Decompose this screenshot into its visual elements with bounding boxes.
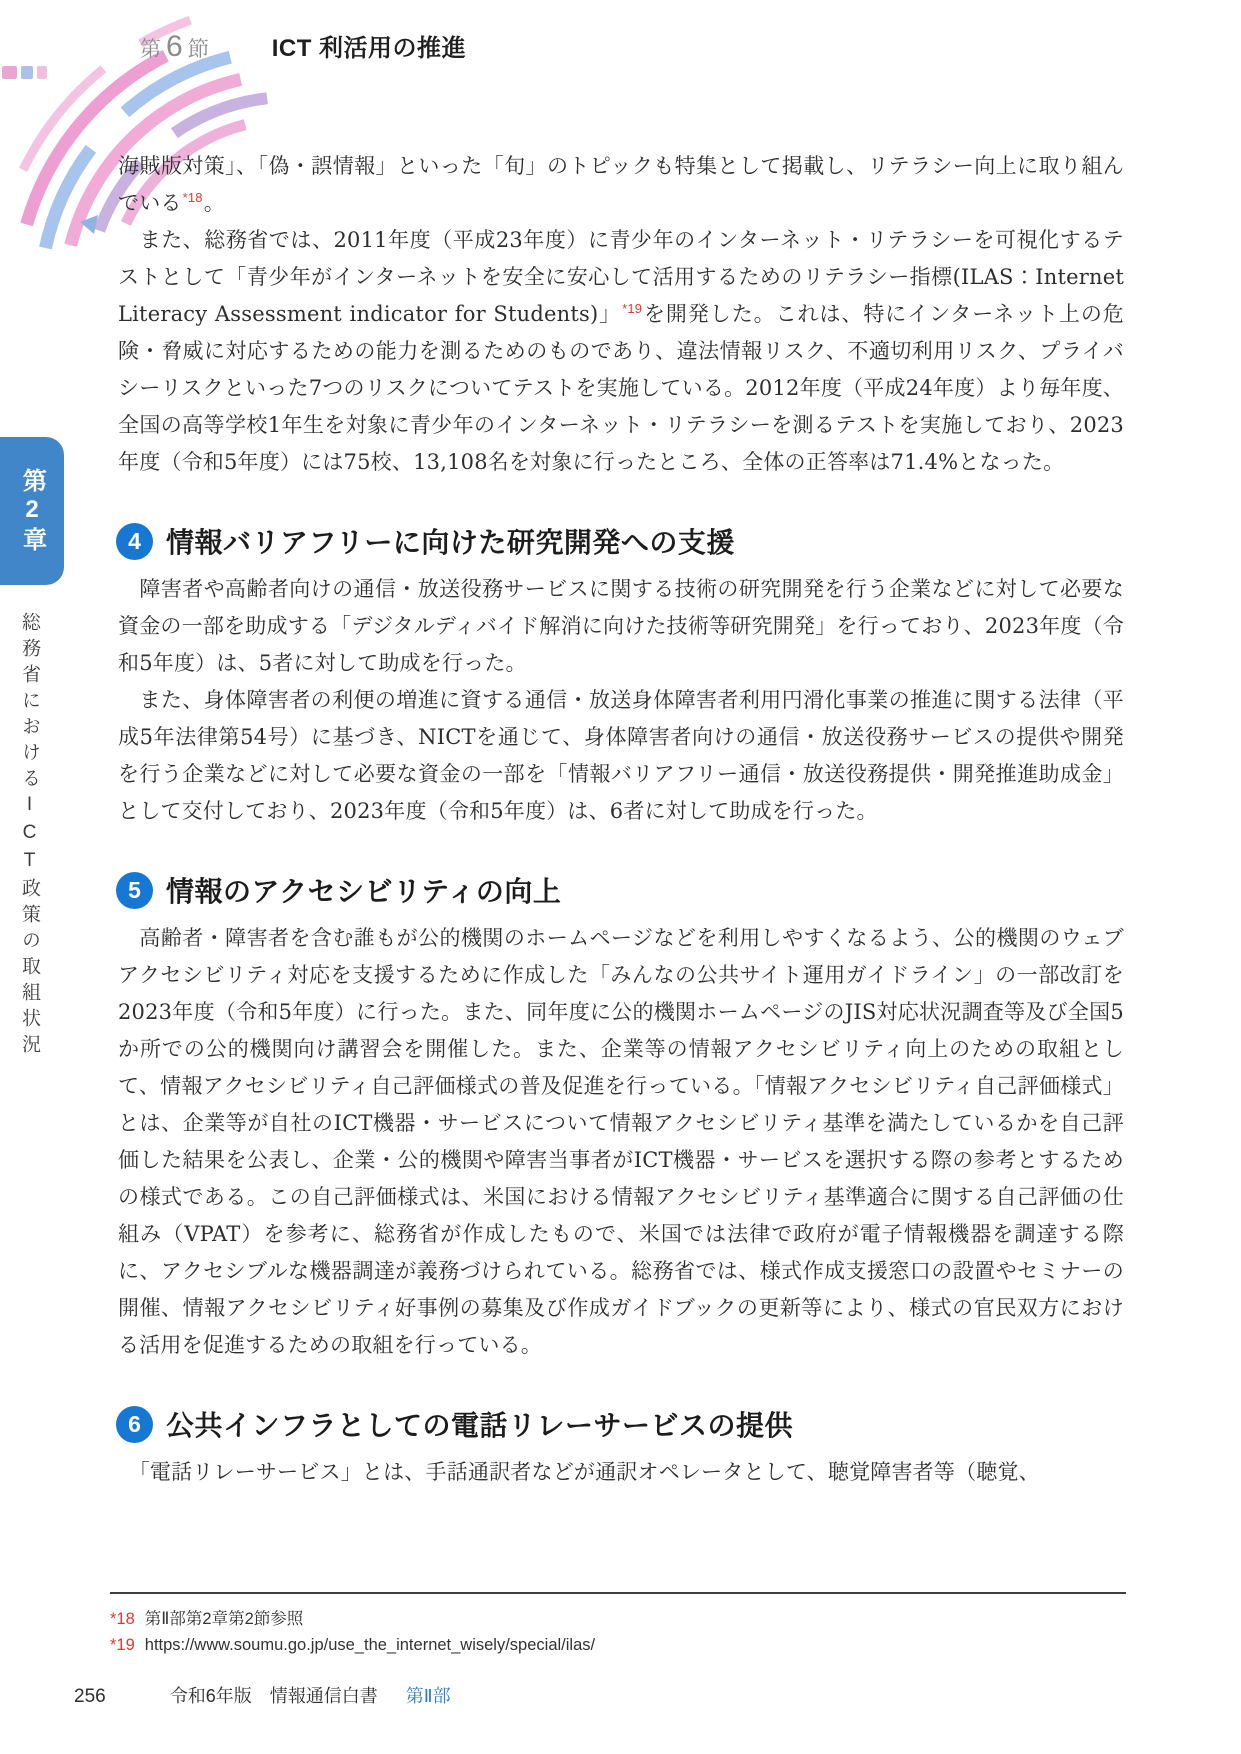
part-label: 第Ⅱ部 <box>406 1682 451 1708</box>
section-number-badge: 6 <box>116 1406 153 1443</box>
section-title: ICT 利活用の推進 <box>272 28 466 63</box>
chapter-title-vertical: 総務省におけるICT政策の取組状況 <box>16 612 43 1060</box>
footnote: *18 第Ⅱ部第2章第2節参照 <box>110 1606 1126 1632</box>
footnote-marker: *18 <box>110 1606 135 1632</box>
page-number: 256 <box>74 1686 106 1708</box>
page-header: 第6節 ICT 利活用の推進 <box>140 28 466 64</box>
section-heading: 5 情報のアクセシビリティの向上 <box>116 870 1124 910</box>
content-column: 海賊版対策」、「偽・誤情報」といった「旬」のトピックも特集として掲載し、リテラシ… <box>118 148 1124 1491</box>
chapter-tab-label: 第2章 <box>15 468 50 555</box>
section-5: 5 情報のアクセシビリティの向上 高齢者・障害者を含む誰もが公的機関のホームペー… <box>118 870 1124 1364</box>
section-number-badge: 4 <box>116 523 153 560</box>
section-heading-title: 公共インフラとしての電話リレーサービスの提供 <box>166 1404 793 1444</box>
footnote-ref-18: *18 <box>183 190 203 205</box>
footnote-text: 第Ⅱ部第2章第2節参照 <box>145 1606 303 1632</box>
paragraph: 「電話リレーサービス」とは、手話通訳者などが通訳オペレータとして、聴覚障害者等（… <box>118 1454 1124 1491</box>
section-4: 4 情報バリアフリーに向けた研究開発への支援 障害者や高齢者向けの通信・放送役務… <box>118 521 1124 830</box>
paragraph-text: 海賊版対策」、「偽・誤情報」といった「旬」のトピックも特集として掲載し、リテラシ… <box>118 154 1124 215</box>
section-heading-title: 情報バリアフリーに向けた研究開発への支援 <box>166 521 735 561</box>
paragraph: 海賊版対策」、「偽・誤情報」といった「旬」のトピックも特集として掲載し、リテラシ… <box>118 148 1124 222</box>
paragraph: 障害者や高齢者向けの通信・放送役務サービスに関する技術の研究開発を行う企業などに… <box>118 571 1124 682</box>
footnote-url: https://www.soumu.go.jp/use_the_internet… <box>145 1632 595 1658</box>
section-number-label: 第6節 <box>140 30 210 64</box>
section-number-badge: 5 <box>116 872 153 909</box>
footnotes: *18 第Ⅱ部第2章第2節参照 *19 https://www.soumu.go… <box>110 1592 1126 1658</box>
paragraph: 高齢者・障害者を含む誰もが公的機関のホームページなどを利用しやすくなるよう、公的… <box>118 920 1124 1364</box>
paragraph: また、総務省では、2011年度（平成23年度）に青少年のインターネット・リテラシ… <box>118 222 1124 481</box>
footnote-marker: *19 <box>110 1632 135 1658</box>
paragraph-text: 。 <box>204 191 225 215</box>
section-heading: 6 公共インフラとしての電話リレーサービスの提供 <box>116 1404 1124 1444</box>
section-6: 6 公共インフラとしての電話リレーサービスの提供 「電話リレーサービス」とは、手… <box>118 1404 1124 1491</box>
paragraph-text: を開発した。これは、特にインターネット上の危険・脅威に対応するための能力を測るた… <box>118 302 1124 474</box>
section-heading: 4 情報バリアフリーに向けた研究開発への支援 <box>116 521 1124 561</box>
chapter-tab: 第2章 <box>0 437 64 585</box>
footnote: *19 https://www.soumu.go.jp/use_the_inte… <box>110 1632 1126 1658</box>
document-page: 第6節 ICT 利活用の推進 第2章 総務省におけるICT政策の取組状況 海賊版… <box>0 0 1241 1754</box>
footnote-ref-19: *19 <box>622 301 642 316</box>
page-footer: 256 令和6年版 情報通信白書 第Ⅱ部 <box>74 1682 451 1708</box>
section-heading-title: 情報のアクセシビリティの向上 <box>166 870 561 910</box>
section-number: 6 <box>166 30 184 63</box>
book-title: 令和6年版 情報通信白書 <box>170 1682 378 1708</box>
paragraph: また、身体障害者の利便の増進に資する通信・放送身体障害者利用円滑化事業の推進に関… <box>118 682 1124 830</box>
